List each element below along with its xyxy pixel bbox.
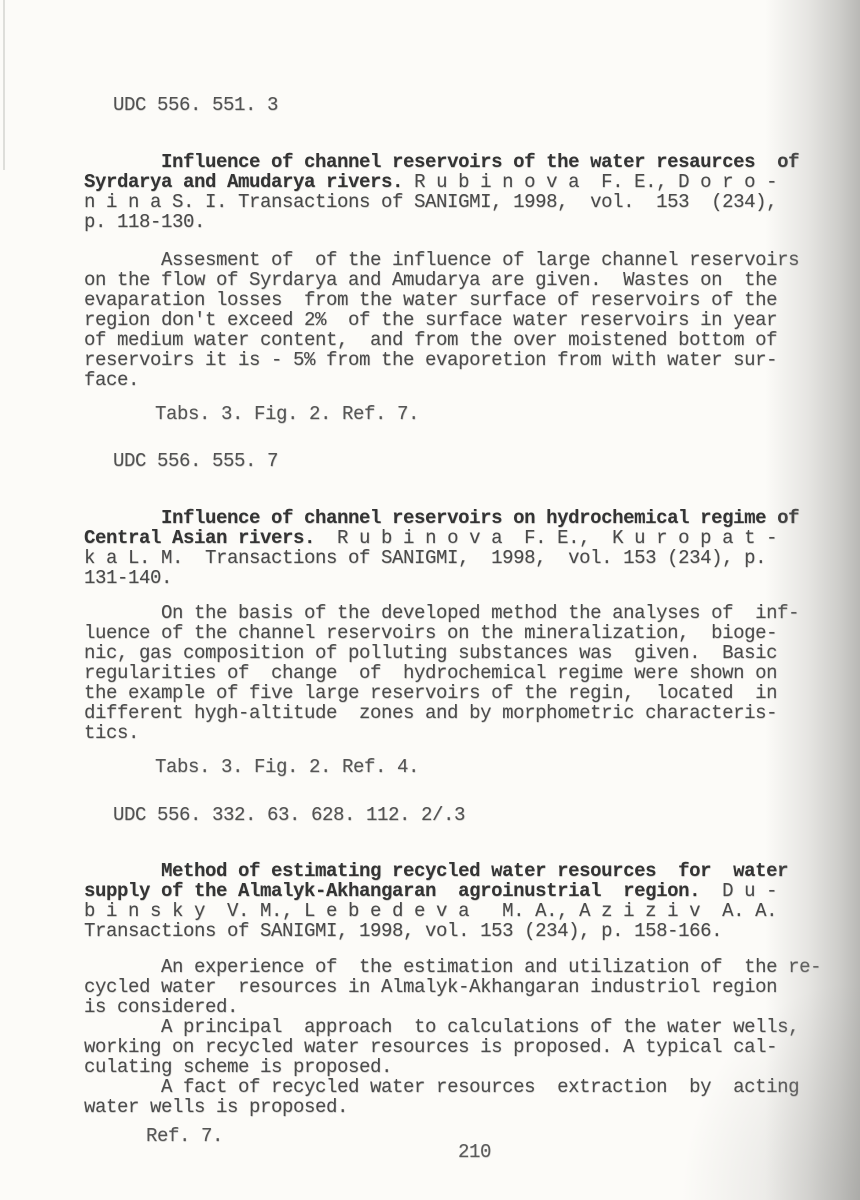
abstract-body-2: On the basis of the developed method the… [84,603,854,743]
scan-left-edge-line [3,0,5,170]
udc-code-1: UDC 556. 551. 3 [113,95,278,115]
udc-code-2: UDC 556. 555. 7 [113,451,278,471]
abstract-title-1: Influence of channel reservoirs of the w… [84,152,854,232]
abstract-title-3-bold: Method of estimating recycled water reso… [84,860,788,902]
abstract-title-3: Method of estimating recycled water reso… [84,861,854,941]
abstract-body-3: An experience of the estimation and util… [84,957,854,1117]
page-number: 210 [458,1142,491,1162]
figures-refs-2: Tabs. 3. Fig. 2. Ref. 4. [155,757,419,777]
udc-code-3: UDC 556. 332. 63. 628. 112. 2/.3 [113,805,465,825]
abstract-body-1: Assesment of of the influence of large c… [84,250,854,390]
figures-refs-3: Ref. 7. [146,1126,223,1146]
figures-refs-1: Tabs. 3. Fig. 2. Ref. 7. [155,404,419,424]
abstract-title-2: Influence of channel reservoirs on hydro… [84,508,854,588]
scanned-page: UDC 556. 551. 3 Influence of channel res… [0,0,860,1200]
